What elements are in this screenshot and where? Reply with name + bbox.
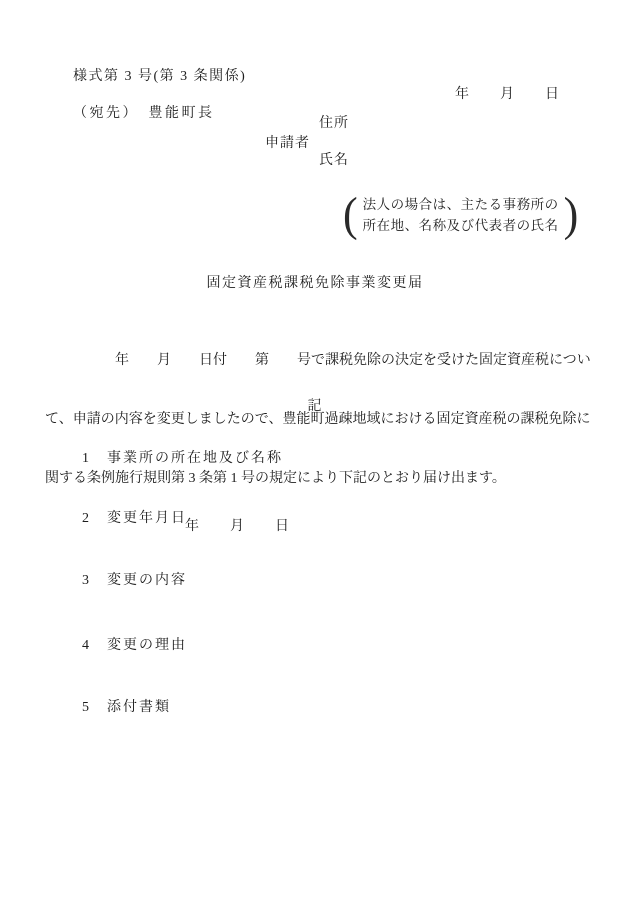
form-number: 様式第 3 号(第 3 条関係) [73,65,246,85]
applicant-fields: 住所 氏名 [319,116,349,168]
applicant-address-label: 住所 [319,116,349,131]
change-date-placeholder: 年 月 日 [185,515,290,535]
item-label: 変更年月日 [107,511,187,526]
applicant-name-label: 氏名 [319,153,349,168]
close-paren-glyph: ) [564,189,579,241]
body-line-1: 年 月 日付 第 号で課税免除の決定を受けた固定資産税につい [45,349,590,372]
item-change-details: 3変更の内容 [60,553,187,605]
item-change-date: 2変更年月日 [60,491,187,543]
applicant-block: 申請者 住所 氏名 [265,116,349,168]
item-label: 変更の内容 [107,573,187,588]
list-marker-ki: 記 [0,395,630,415]
item-label: 添付書類 [107,700,171,715]
corporation-note-line1: 法人の場合は、主たる事務所の [363,194,559,215]
item-number: 2 [82,511,107,527]
corporation-note: ( 法人の場合は、主たる事務所の 所在地、名称及び代表者の氏名 ) [343,191,578,239]
item-label: 事業所の所在地及び名称 [107,451,283,466]
corporation-note-text: 法人の場合は、主たる事務所の 所在地、名称及び代表者の氏名 [363,194,559,236]
applicant-label: 申請者 [265,132,310,152]
addressee-line: （宛先） 豊能町長 [73,102,215,122]
item-attached-documents: 5添付書類 [60,680,171,732]
item-business-location: 1事業所の所在地及び名称 [60,431,283,483]
item-number: 1 [82,451,107,467]
document-page: 様式第 3 号(第 3 条関係) 年 月 日 （宛先） 豊能町長 申請者 住所 … [0,0,630,903]
item-change-reason: 4変更の理由 [60,618,187,670]
open-paren-glyph: ( [343,189,358,241]
item-number: 3 [82,573,107,589]
item-number: 5 [82,700,107,716]
item-number: 4 [82,638,107,654]
submission-date-line: 年 月 日 [455,83,560,103]
item-label: 変更の理由 [107,638,187,653]
document-title: 固定資産税課税免除事業変更届 [0,272,630,292]
corporation-note-line2: 所在地、名称及び代表者の氏名 [363,215,559,236]
